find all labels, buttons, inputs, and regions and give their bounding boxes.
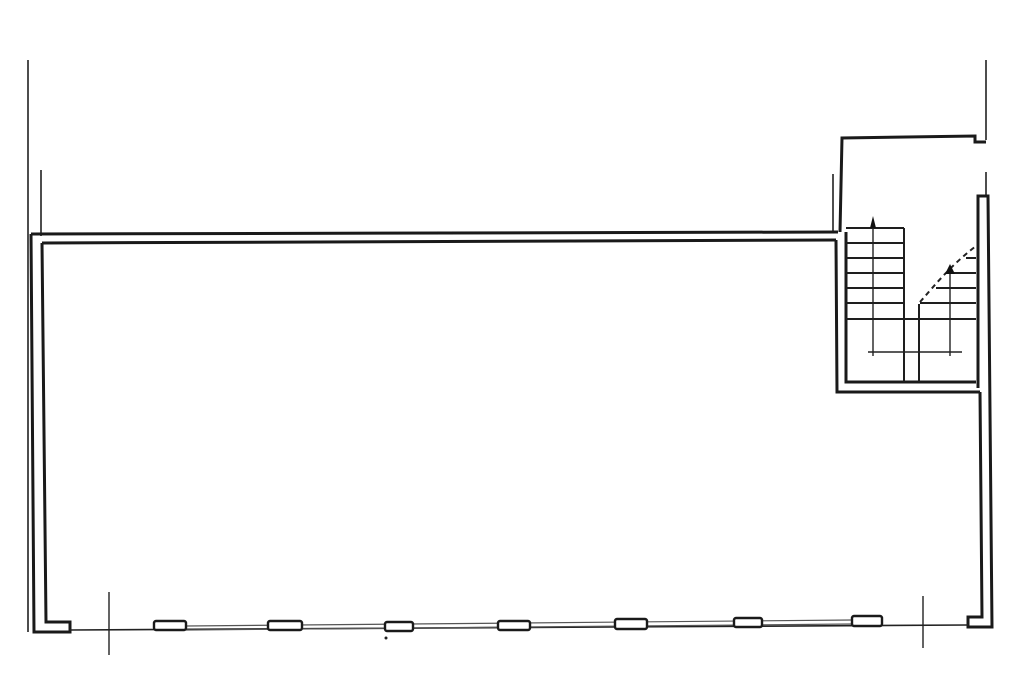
- window-pier: [615, 619, 647, 629]
- window-pier: [852, 616, 882, 626]
- right-flight: [919, 246, 976, 382]
- main-hall-walls: [31, 196, 992, 632]
- left-flight: [846, 228, 976, 382]
- window-pier: [385, 622, 413, 631]
- window-pier: [734, 618, 762, 627]
- walk-line: [868, 216, 962, 356]
- window-pier: [154, 621, 186, 630]
- floor-plan: [0, 0, 1024, 682]
- window-pier: [268, 621, 302, 630]
- arrow-up-icon: [870, 216, 876, 228]
- stairwell-walls: [836, 136, 986, 392]
- window-pier: [498, 621, 530, 630]
- staircase: [846, 216, 976, 382]
- window-row: [154, 616, 882, 631]
